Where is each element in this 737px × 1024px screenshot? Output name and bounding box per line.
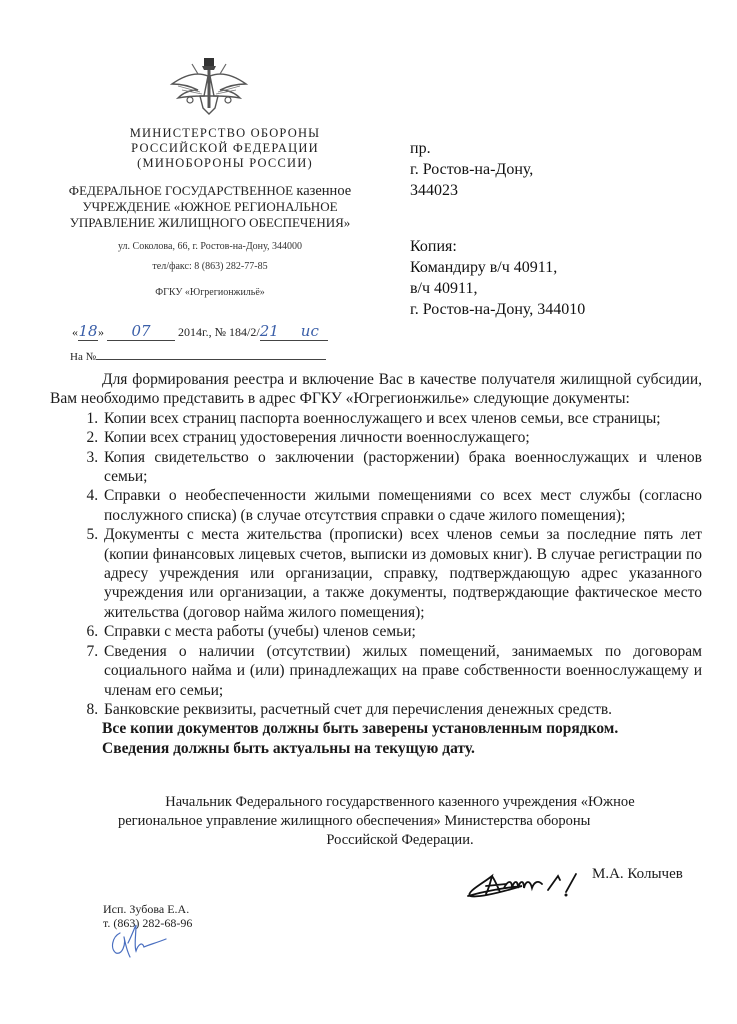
recipient-line: 344023 [410,180,533,201]
copy-line: г. Ростов-на-Дону, 344010 [410,299,585,320]
list-item: Копия свидетельство о заключении (растор… [102,448,702,487]
recipient-line: г. Ростов-на-Дону, [410,159,533,180]
double-headed-eagle-emblem-icon [168,56,250,118]
list-item: Справки о необеспеченности жилыми помеще… [102,486,702,525]
signer-name: М.А. Колычев [592,866,683,883]
recipient-block: пр. г. Ростов-на-Дону, 344023 [410,138,533,201]
agency-line2: УЧРЕЖДЕНИЕ «ЮЖНОЕ РЕГИОНАЛЬНОЕ [50,199,370,215]
ministry-line: РОССИЙСКОЙ ФЕДЕРАЦИИ [100,141,350,156]
relevance-note: Сведения должны быть актуальны на текущу… [50,739,702,758]
list-item: Сведения о наличии (отсутствии) жилых по… [102,642,702,700]
outgoing-date-number: «18» 07 2014г., № 184/2/21ис [72,322,328,341]
copy-line: Командиру в/ч 40911, [410,257,585,278]
executor-name: Исп. Зубова Е.А. [103,902,192,916]
recipient-line: пр. [410,138,533,159]
list-item: Копии всех страниц удостоверения личност… [102,428,702,447]
copy-block: Копия: Командиру в/ч 40911, в/ч 40911, г… [410,236,585,320]
certification-note: Все копии документов должны быть заверен… [50,719,702,738]
doc-number-hand: 21 [260,322,279,340]
handwritten-signature-icon [462,862,590,902]
reference-label: На № [70,351,96,363]
copy-line: в/ч 40911, [410,278,585,299]
handwritten-initials-icon [108,923,170,961]
agency-address: ул. Соколова, 66, г. Ростов-на-Дону, 344… [90,241,330,252]
date-month: 07 [107,322,175,341]
documents-list: Копии всех страниц паспорта военнослужащ… [50,409,702,720]
agency-line1: ФЕДЕРАЛЬНОЕ ГОСУДАРСТВЕННОЕ [69,183,293,198]
intro-paragraph: Для формирования реестра и включение Вас… [50,370,702,409]
list-item: Копии всех страниц паспорта военнослужащ… [102,409,702,428]
signoff-line: Начальник Федерального государственного … [110,793,690,812]
agency-line3: УПРАВЛЕНИЕ ЖИЛИЩНОГО ОБЕСПЕЧЕНИЯ» [50,215,370,231]
ministry-line: (МИНОБОРОНЫ РОССИИ) [100,156,350,171]
list-item: Справки с места работы (учебы) членов се… [102,622,702,641]
reference-line: На № [70,349,326,363]
letter-body: Для формирования реестра и включение Вас… [50,370,702,758]
signoff-line: Российской Федерации. [110,831,690,850]
list-item: Документы с места жительства (прописки) … [102,525,702,622]
signoff-title: Начальник Федерального государственного … [110,793,690,850]
reference-blank [96,349,326,360]
agency-phone: тел/факс: 8 (863) 282-77-85 [90,261,330,272]
close-quote: » [98,325,104,339]
doc-number-field: 21ис [260,322,328,341]
doc-suffix-hand: ис [301,322,319,340]
ministry-title: МИНИСТЕРСТВО ОБОРОНЫ РОССИЙСКОЙ ФЕДЕРАЦИ… [100,126,350,171]
agency-title: ФЕДЕРАЛЬНОЕ ГОСУДАРСТВЕННОЕ казенное УЧР… [50,183,370,231]
copy-line: Копия: [410,236,585,257]
date-day: 18 [78,322,98,341]
agency-line1-tail: казенное [296,183,351,199]
list-item: Банковские реквизиты, расчетный счет для… [102,700,702,719]
ministry-line: МИНИСТЕРСТВО ОБОРОНЫ [100,126,350,141]
signoff-line: региональное управление жилищного обеспе… [110,812,690,831]
agency-abbreviation: ФГКУ «Югрегионжильё» [90,287,330,298]
date-year-number: 2014г., № 184/2/ [178,325,260,339]
